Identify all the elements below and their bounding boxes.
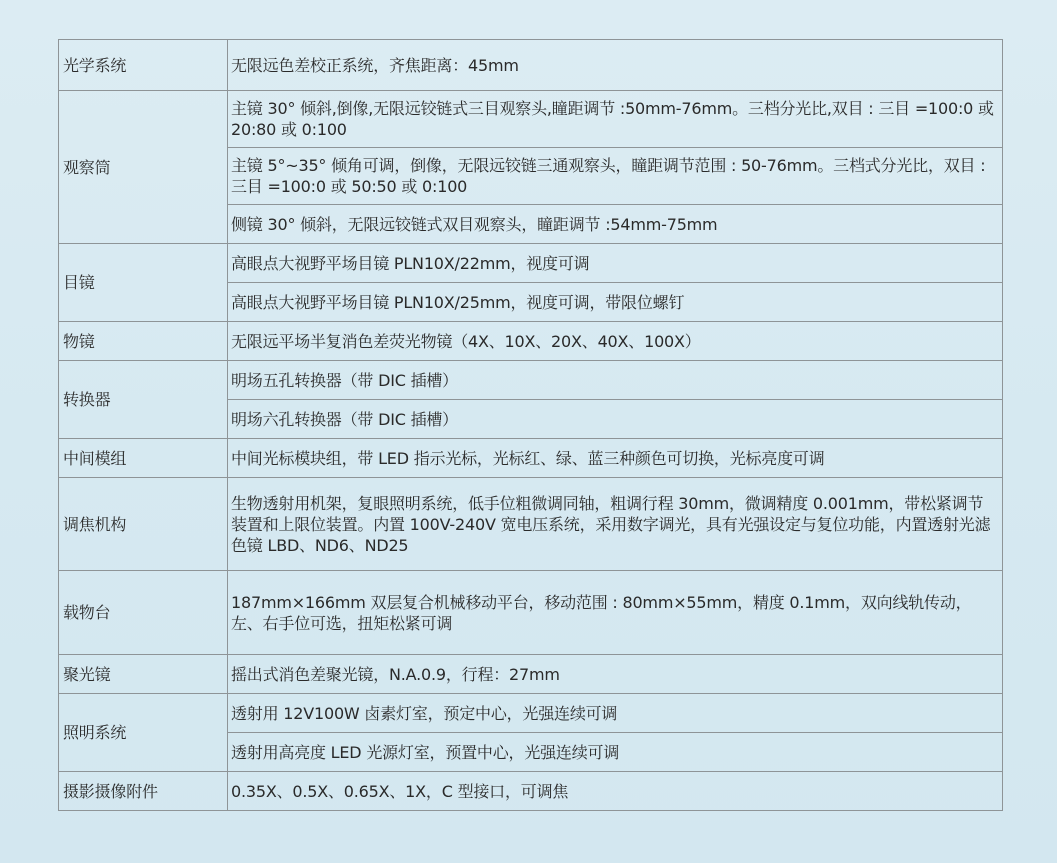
table-row: 聚光镜 摇出式消色差聚光镜，N.A.0.9，行程：27mm [59,655,1003,694]
spec-value: 摇出式消色差聚光镜，N.A.0.9，行程：27mm [228,655,1003,694]
table-row: 载物台 187mm×166mm 双层复合机械移动平台，移动范围 : 80mm×5… [59,571,1003,655]
spec-value: 明场五孔转换器（带 DIC 插槽） [228,361,1003,400]
spec-value: 主镜 5°~35° 倾角可调，倒像，无限远铰链三通观察头，瞳距调节范围 : 50… [228,148,1003,205]
spec-label-camera-adapter: 摄影摄像附件 [59,772,228,811]
table-row: 调焦机构 生物透射用机架，复眼照明系统，低手位粗微调同轴，粗调行程 30mm，微… [59,478,1003,571]
spec-value: 无限远色差校正系统，齐焦距离：45mm [228,40,1003,91]
spec-value: 明场六孔转换器（带 DIC 插槽） [228,400,1003,439]
spec-label-intermediate-module: 中间模组 [59,439,228,478]
spec-label-nosepiece: 转换器 [59,361,228,439]
spec-value: 侧镜 30° 倾斜，无限远铰链式双目观察头，瞳距调节 :54mm-75mm [228,205,1003,244]
spec-value: 高眼点大视野平场目镜 PLN10X/25mm，视度可调，带限位螺钉 [228,283,1003,322]
table-row: 中间模组 中间光标模块组，带 LED 指示光标，光标红、绿、蓝三种颜色可切换，光… [59,439,1003,478]
spec-value: 高眼点大视野平场目镜 PLN10X/22mm，视度可调 [228,244,1003,283]
table-row: 物镜 无限远平场半复消色差荧光物镜（4X、10X、20X、40X、100X） [59,322,1003,361]
spec-label-illumination: 照明系统 [59,694,228,772]
spec-value: 透射用高亮度 LED 光源灯室，预置中心，光强连续可调 [228,733,1003,772]
table-row: 转换器 明场五孔转换器（带 DIC 插槽） [59,361,1003,400]
spec-value: 透射用 12V100W 卤素灯室，预定中心，光强连续可调 [228,694,1003,733]
table-row: 光学系统 无限远色差校正系统，齐焦距离：45mm [59,40,1003,91]
table-row: 目镜 高眼点大视野平场目镜 PLN10X/22mm，视度可调 [59,244,1003,283]
spec-value: 主镜 30° 倾斜,倒像,无限远铰链式三目观察头,瞳距调节 :50mm-76mm… [228,91,1003,148]
table-row: 照明系统 透射用 12V100W 卤素灯室，预定中心，光强连续可调 [59,694,1003,733]
spec-value: 生物透射用机架，复眼照明系统，低手位粗微调同轴，粗调行程 30mm，微调精度 0… [228,478,1003,571]
spec-label-viewing-tube: 观察筒 [59,91,228,244]
spec-table: 光学系统 无限远色差校正系统，齐焦距离：45mm 观察筒 主镜 30° 倾斜,倒… [58,39,1003,811]
spec-label-condenser: 聚光镜 [59,655,228,694]
spec-value: 中间光标模块组，带 LED 指示光标，光标红、绿、蓝三种颜色可切换，光标亮度可调 [228,439,1003,478]
spec-label-stage: 载物台 [59,571,228,655]
spec-value: 187mm×166mm 双层复合机械移动平台，移动范围 : 80mm×55mm，… [228,571,1003,655]
table-row: 摄影摄像附件 0.35X、0.5X、0.65X、1X，C 型接口，可调焦 [59,772,1003,811]
spec-label-eyepiece: 目镜 [59,244,228,322]
spec-label-focusing-mechanism: 调焦机构 [59,478,228,571]
spec-value: 0.35X、0.5X、0.65X、1X，C 型接口，可调焦 [228,772,1003,811]
spec-value: 无限远平场半复消色差荧光物镜（4X、10X、20X、40X、100X） [228,322,1003,361]
spec-label-optical-system: 光学系统 [59,40,228,91]
table-row: 观察筒 主镜 30° 倾斜,倒像,无限远铰链式三目观察头,瞳距调节 :50mm-… [59,91,1003,148]
spec-label-objective: 物镜 [59,322,228,361]
